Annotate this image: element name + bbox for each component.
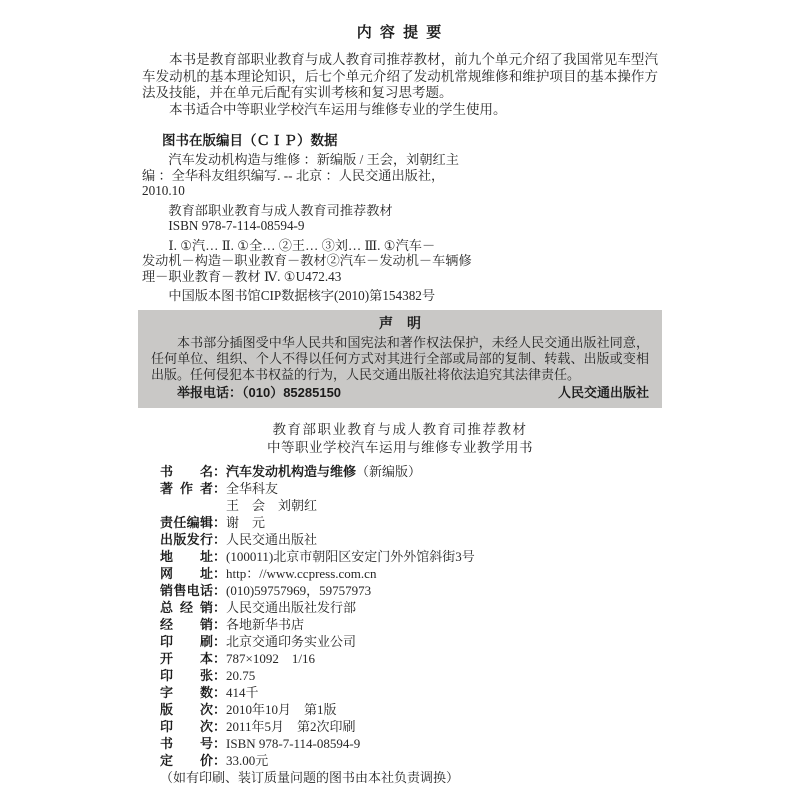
colophon-value: 2011年5月 第2次印刷 bbox=[226, 718, 356, 735]
colophon-row: ：王 会 刘朝红 bbox=[160, 497, 658, 514]
colophon-row: 书号：ISBN 978-7-114-08594-9 bbox=[160, 735, 658, 752]
colophon-colon: ： bbox=[213, 616, 226, 633]
colophon-value: ISBN 978-7-114-08594-9 bbox=[226, 735, 360, 752]
content-summary-section: 内 容 提 要 本书是教育部职业教育与成人教育司推荐教材，前九个单元介绍了我国常… bbox=[142, 24, 658, 118]
colophon-row: 销售电话：(010)59757969，59757973 bbox=[160, 582, 658, 599]
colophon-colon: ： bbox=[213, 667, 226, 684]
colophon-label: 总经销 bbox=[160, 599, 213, 616]
colophon-colon: ： bbox=[213, 684, 226, 701]
colophon-label: 书号 bbox=[160, 735, 213, 752]
series-line-recommended: 教育部职业教育与成人教育司推荐教材 bbox=[142, 421, 658, 439]
colophon-label: 地址 bbox=[160, 548, 213, 565]
colophon-row: 印刷：北京交通印务实业公司 bbox=[160, 633, 658, 650]
copyright-page: 内 容 提 要 本书是教育部职业教育与成人教育司推荐教材，前九个单元介绍了我国常… bbox=[142, 0, 658, 786]
cip-line: 2010.10 bbox=[142, 183, 658, 199]
colophon-colon: ： bbox=[213, 633, 226, 650]
colophon-row: 网址：http：//www.ccpress.com.cn bbox=[160, 565, 658, 582]
colophon-value: 全华科友 bbox=[226, 480, 278, 497]
colophon-value: 北京交通印务实业公司 bbox=[226, 633, 356, 650]
cip-line: 编 ：全华科友组织编写. -- 北京 ：人民交通出版社， bbox=[142, 168, 658, 184]
colophon-colon: ： bbox=[213, 531, 226, 548]
colophon-row: 出版发行：人民交通出版社 bbox=[160, 531, 658, 548]
colophon-value: 787×1092 1/16 bbox=[226, 650, 315, 667]
colophon-colon: ： bbox=[213, 548, 226, 565]
cip-line: 发动机－构造－职业教育－教材②汽车－发动机－车辆修 bbox=[142, 253, 658, 269]
colophon-row: 版次：2010年10月 第1版 bbox=[160, 701, 658, 718]
colophon-value: (100011)北京市朝阳区安定门外外馆斜街3号 bbox=[226, 548, 475, 565]
report-phone: 举报电话：（010）85285150 bbox=[177, 385, 341, 401]
colophon-row: 开本：787×1092 1/16 bbox=[160, 650, 658, 667]
content-summary-paragraph: 本书是教育部职业教育与成人教育司推荐教材，前九个单元介绍了我国常见车型汽车发动机… bbox=[142, 52, 658, 102]
cip-line: Ⅰ. ①汽… Ⅱ. ①全… ②王… ③刘… Ⅲ. ①汽车－ bbox=[142, 238, 658, 254]
colophon-row: 印次：2011年5月 第2次印刷 bbox=[160, 718, 658, 735]
colophon-colon: ： bbox=[213, 599, 226, 616]
colophon-value: 33.00元 bbox=[226, 752, 268, 769]
colophon-value: 各地新华书店 bbox=[226, 616, 304, 633]
cip-title: 图书在版编目（ＣＩＰ）数据 bbox=[142, 132, 658, 149]
colophon-value: 谢 元 bbox=[226, 514, 265, 531]
colophon-value: 汽车发动机构造与维修 bbox=[226, 463, 356, 480]
colophon-label: 定价 bbox=[160, 752, 213, 769]
colophon-row: 字数：414千 bbox=[160, 684, 658, 701]
content-summary-title: 内 容 提 要 bbox=[142, 24, 658, 42]
declaration-title: 声 明 bbox=[151, 315, 649, 332]
colophon-label: 著作者 bbox=[160, 480, 213, 497]
colophon-colon: ： bbox=[213, 701, 226, 718]
colophon-row: 经销：各地新华书店 bbox=[160, 616, 658, 633]
colophon-value: 人民交通出版社 bbox=[226, 531, 317, 548]
colophon-label: 书名 bbox=[160, 463, 213, 480]
cip-line: 中国版本图书馆CIP数据核字(2010)第154382号 bbox=[142, 288, 658, 304]
colophon-section: 书名：汽车发动机构造与维修（新编版）著作者：全华科友：王 会 刘朝红责任编辑：谢… bbox=[142, 463, 658, 786]
colophon-row: 地址：(100011)北京市朝阳区安定门外外馆斜街3号 bbox=[160, 548, 658, 565]
cip-line: 教育部职业教育与成人教育司推荐教材 bbox=[142, 203, 658, 219]
colophon-value: 414千 bbox=[226, 684, 259, 701]
colophon-colon: ： bbox=[213, 463, 226, 480]
cip-data-section: 图书在版编目（ＣＩＰ）数据 汽车发动机构造与维修 ：新编版 / 王会，刘朝红主编… bbox=[142, 132, 658, 304]
cip-line: ISBN 978-7-114-08594-9 bbox=[142, 218, 658, 234]
colophon-colon: ： bbox=[213, 480, 226, 497]
cip-line: 理－职业教育－教材 Ⅳ. ①U472.43 bbox=[142, 269, 658, 285]
series-line-textbook: 中等职业学校汽车运用与维修专业教学用书 bbox=[142, 439, 658, 457]
colophon-value: 王 会 刘朝红 bbox=[226, 497, 317, 514]
cip-line: 汽车发动机构造与维修 ：新编版 / 王会，刘朝红主 bbox=[142, 152, 658, 168]
colophon-label: 网址 bbox=[160, 565, 213, 582]
colophon-label: 出版发行 bbox=[160, 531, 213, 548]
colophon-colon: ： bbox=[213, 718, 226, 735]
colophon-label: 版次 bbox=[160, 701, 213, 718]
declaration-body: 本书部分插图受中华人民共和国宪法和著作权法保护，未经人民交通出版社同意，任何单位… bbox=[151, 335, 649, 383]
publisher-name: 人民交通出版社 bbox=[558, 385, 649, 401]
colophon-rows: 书名：汽车发动机构造与维修（新编版）著作者：全华科友：王 会 刘朝红责任编辑：谢… bbox=[160, 463, 658, 769]
colophon-label: 开本 bbox=[160, 650, 213, 667]
colophon-row: 定价：33.00元 bbox=[160, 752, 658, 769]
colophon-row: 印张：20.75 bbox=[160, 667, 658, 684]
colophon-label: 责任编辑 bbox=[160, 514, 213, 531]
colophon-label: 印张 bbox=[160, 667, 213, 684]
colophon-row: 总经销：人民交通出版社发行部 bbox=[160, 599, 658, 616]
colophon-note: （如有印刷、装订质量问题的图书由本社负责调换） bbox=[160, 769, 658, 786]
colophon-row: 著作者：全华科友 bbox=[160, 480, 658, 497]
colophon-label: 印次 bbox=[160, 718, 213, 735]
colophon-colon: ： bbox=[213, 650, 226, 667]
colophon-row: 书名：汽车发动机构造与维修（新编版） bbox=[160, 463, 658, 480]
colophon-label: 经销 bbox=[160, 616, 213, 633]
colophon-value-suffix: （新编版） bbox=[356, 463, 421, 480]
colophon-value: (010)59757969，59757973 bbox=[226, 582, 371, 599]
cip-lines: 汽车发动机构造与维修 ：新编版 / 王会，刘朝红主编 ：全华科友组织编写. --… bbox=[142, 152, 658, 304]
declaration-box: 声 明 本书部分插图受中华人民共和国宪法和著作权法保护，未经人民交通出版社同意，… bbox=[138, 310, 662, 408]
colophon-row: 责任编辑：谢 元 bbox=[160, 514, 658, 531]
colophon-value: http：//www.ccpress.com.cn bbox=[226, 565, 376, 582]
content-summary-paragraph: 本书适合中等职业学校汽车运用与维修专业的学生使用。 bbox=[142, 102, 658, 119]
colophon-label: 字数 bbox=[160, 684, 213, 701]
colophon-value: 20.75 bbox=[226, 667, 255, 684]
colophon-colon: ： bbox=[213, 735, 226, 752]
colophon-label: 印刷 bbox=[160, 633, 213, 650]
colophon-value: 2010年10月 第1版 bbox=[226, 701, 337, 718]
colophon-label: 销售电话 bbox=[160, 582, 213, 599]
series-titles: 教育部职业教育与成人教育司推荐教材 中等职业学校汽车运用与维修专业教学用书 bbox=[142, 421, 658, 457]
declaration-footer: 举报电话：（010）85285150 人民交通出版社 bbox=[151, 385, 649, 401]
colophon-colon: ： bbox=[213, 514, 226, 531]
colophon-colon: ： bbox=[213, 582, 226, 599]
colophon-colon: ： bbox=[213, 565, 226, 582]
colophon-value: 人民交通出版社发行部 bbox=[226, 599, 356, 616]
colophon-colon: ： bbox=[213, 752, 226, 769]
